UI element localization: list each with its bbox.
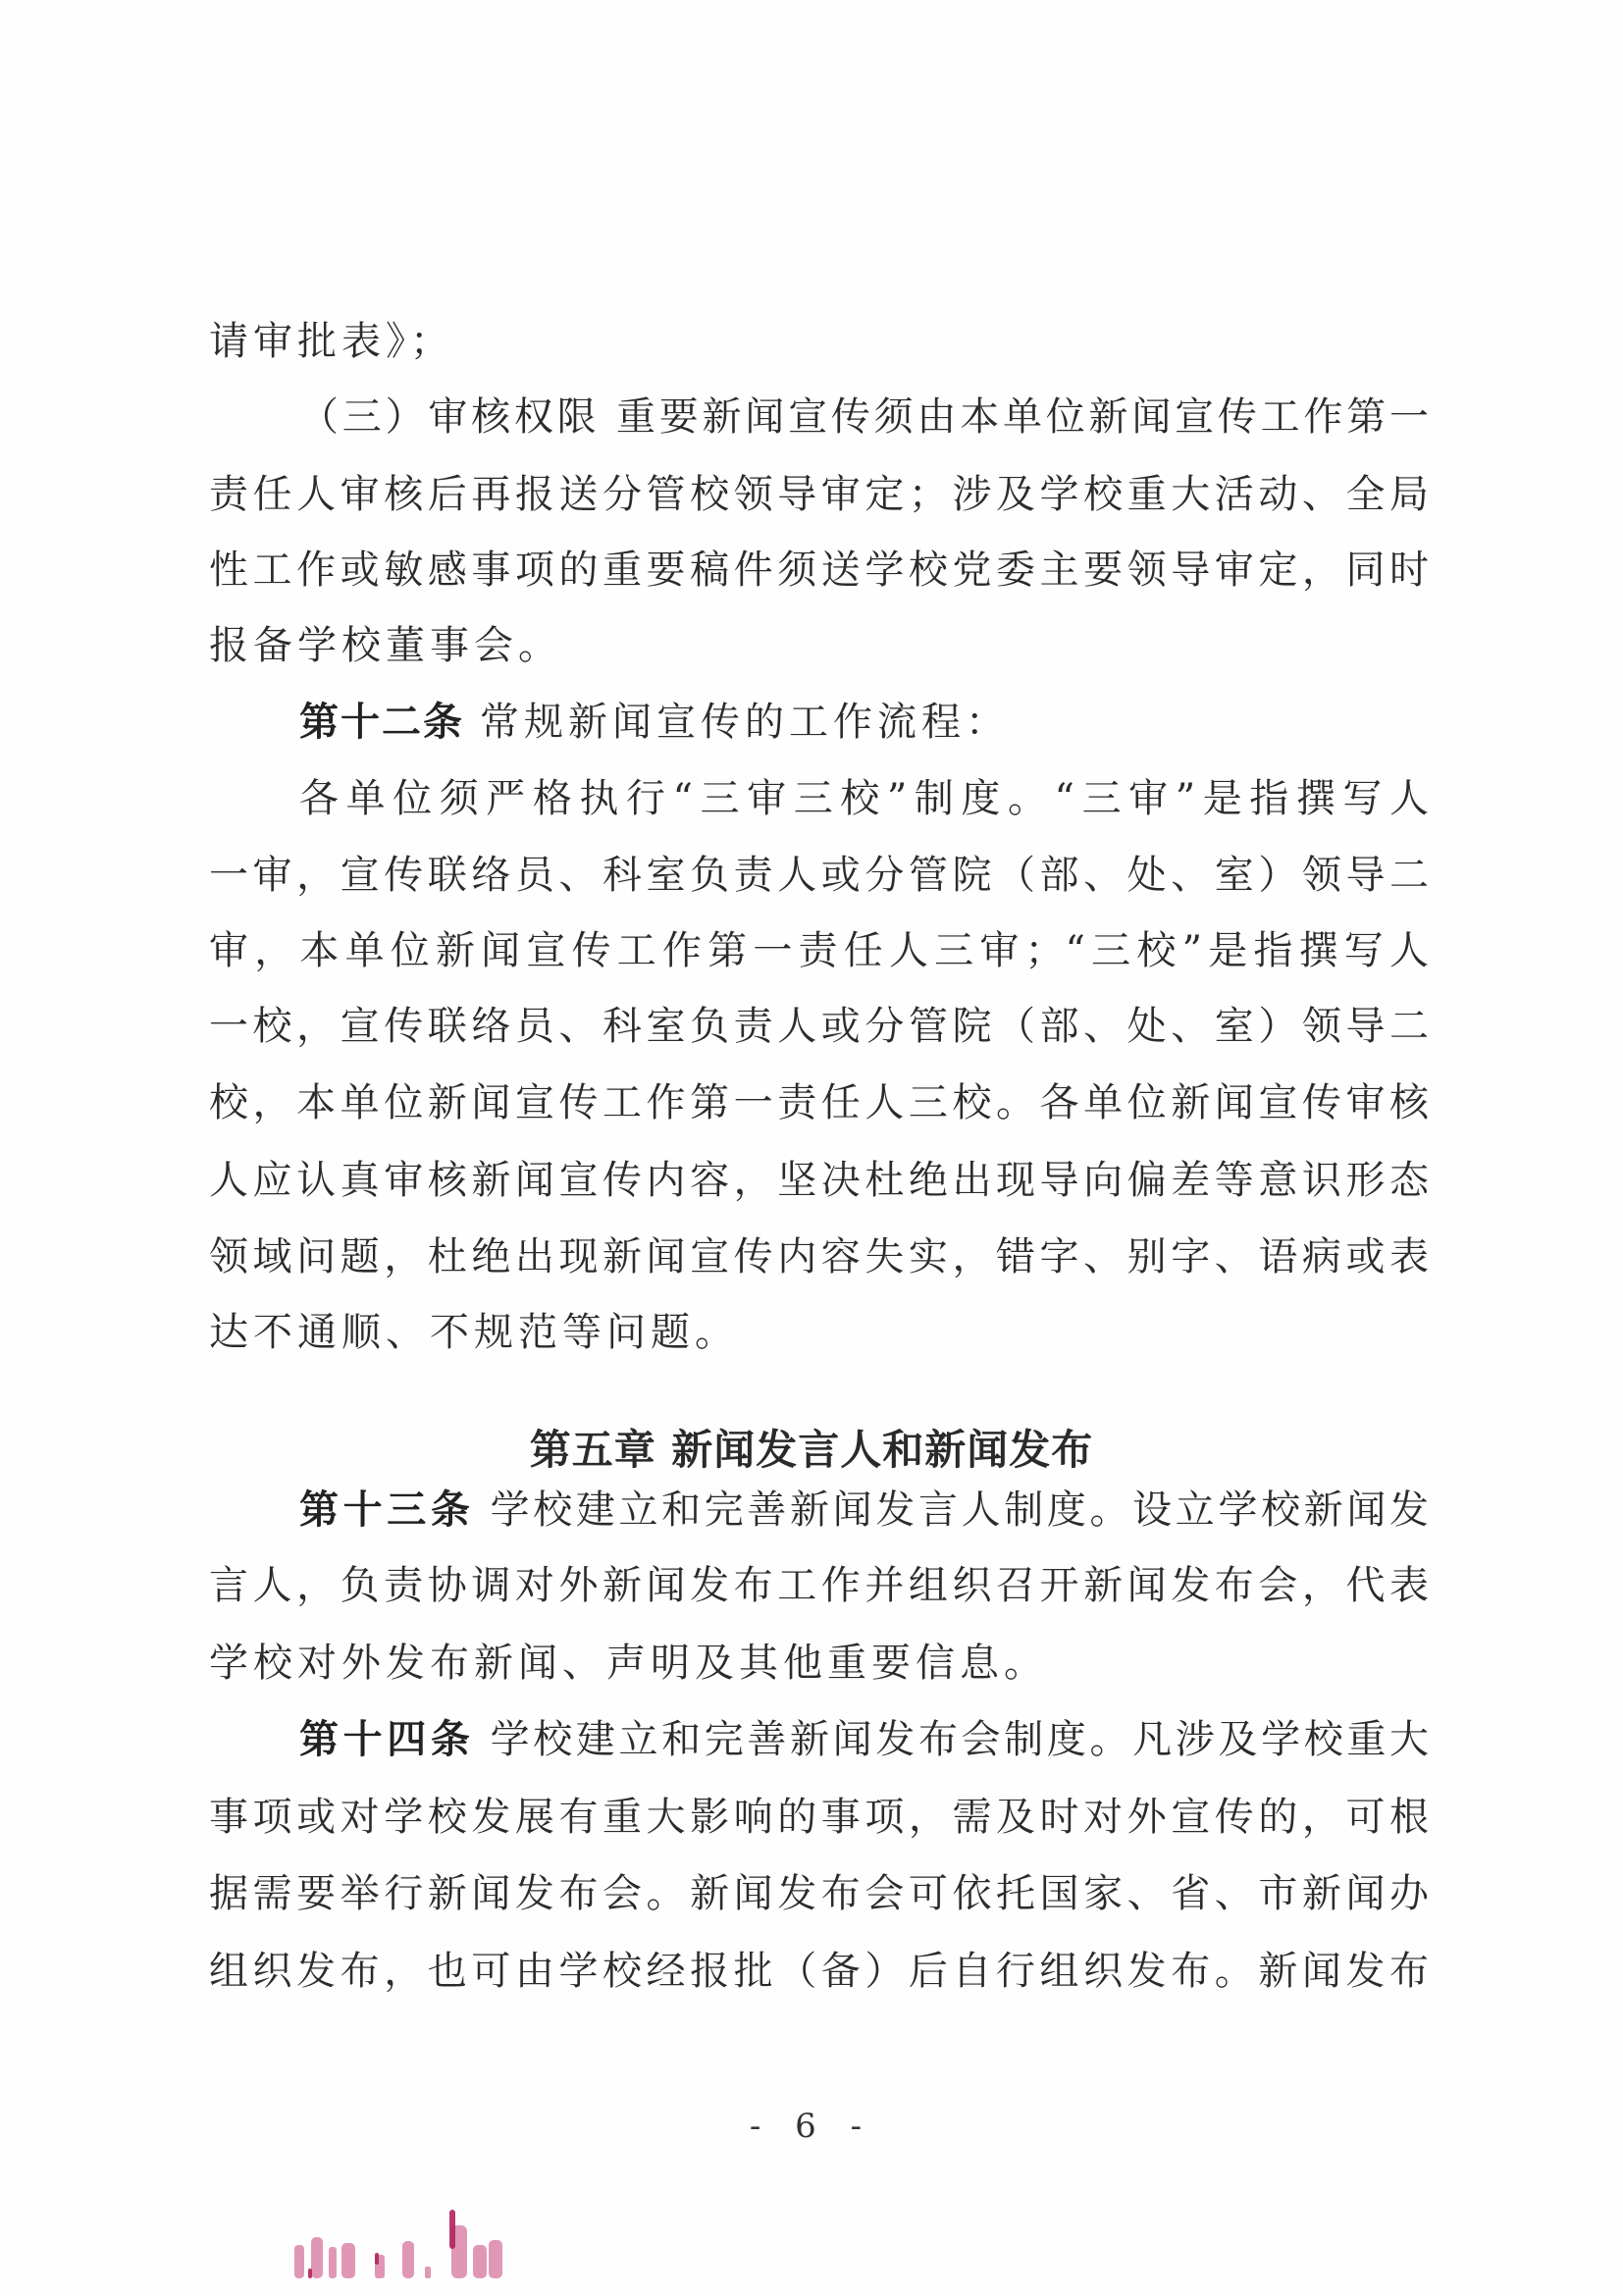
text-line: 报备学校董事会。 [209,618,1430,673]
text-line: 达不通顺、不规范等问题。 [209,1305,1430,1360]
document-page: 请审批表》；（三）审核权限 重要新闻宣传须由本单位新闻宣传工作第一责任人审核后再… [0,0,1623,2296]
text-line: 领域问题，杜绝出现新闻宣传内容失实，错字、别字、语病或表 [209,1229,1430,1284]
line-text: 常规新闻宣传的工作流程： [480,700,1010,745]
article-number: 第十三条 [299,1487,475,1533]
line-text: 校，本单位新闻宣传工作第一责任人三校。各单位新闻宣传审核 [209,1080,1430,1125]
line-text: 性工作或敏感事项的重要稿件须送学校党委主要领导审定，同时 [209,548,1430,593]
line-text: 据需要举行新闻发布会。新闻发布会可依托国家、省、市新闻办 [209,1871,1430,1916]
line-text: 达不通顺、不规范等问题。 [209,1310,739,1355]
line-text: 请审批表》； [209,319,454,364]
line-text: 学校建立和完善新闻发言人制度。设立学校新闻发 [491,1487,1430,1533]
line-text: 事项或对学校发展有重大影响的事项，需及时对外宣传的，可根 [209,1795,1430,1840]
line-text: 一校，宣传联络员、科室负责人或分管院（部、处、室）领导二 [209,1004,1430,1049]
text-line: 第十四条学校建立和完善新闻发布会制度。凡涉及学校重大 [299,1712,1430,1767]
line-text: 各单位须严格执行“三审三校”制度。“三审”是指撰写人 [299,776,1430,821]
line-text: 组织发布，也可由学校经报批（备）后自行组织发布。新闻发布 [209,1949,1430,1994]
text-line: 人应认真审核新闻宣传内容，坚决杜绝出现导向偏差等意识形态 [209,1153,1430,1208]
text-line: 组织发布，也可由学校经报批（备）后自行组织发布。新闻发布 [209,1944,1430,1999]
text-line: 一校，宣传联络员、科室负责人或分管院（部、处、室）领导二 [209,999,1430,1054]
text-line: 言人，负责协调对外新闻发布工作并组织召开新闻发布会，代表 [209,1558,1430,1613]
line-text: 责任人审核后再报送分管校领导审定；涉及学校重大活动、全局 [209,472,1430,517]
text-line: 事项或对学校发展有重大影响的事项，需及时对外宣传的，可根 [209,1790,1430,1845]
line-text: 报备学校董事会。 [209,623,562,668]
text-line: 学校对外发布新闻、声明及其他重要信息。 [209,1636,1430,1691]
article-number: 第十四条 [299,1717,475,1762]
article-number: 第十二条 [299,700,464,745]
line-text: 人应认真审核新闻宣传内容，坚决杜绝出现导向偏差等意识形态 [209,1158,1430,1203]
text-line: 据需要举行新闻发布会。新闻发布会可依托国家、省、市新闻办 [209,1866,1430,1921]
text-line: 性工作或敏感事项的重要稿件须送学校党委主要领导审定，同时 [209,543,1430,598]
text-line: 责任人审核后再报送分管校领导审定；涉及学校重大活动、全局 [209,467,1430,522]
line-text: 言人，负责协调对外新闻发布工作并组织召开新闻发布会，代表 [209,1563,1430,1608]
line-text: 领域问题，杜绝出现新闻宣传内容失实，错字、别字、语病或表 [209,1234,1430,1279]
page-number: - 6 - [0,2105,1623,2148]
text-line: 审，本单位新闻宣传工作第一责任人三审；“三校”是指撰写人 [209,923,1430,978]
text-line: 各单位须严格执行“三审三校”制度。“三审”是指撰写人 [299,771,1430,826]
line-text: 审，本单位新闻宣传工作第一责任人三审；“三校”是指撰写人 [209,928,1430,973]
line-text: 学校对外发布新闻、声明及其他重要信息。 [209,1641,1048,1686]
text-line: 第十三条学校建立和完善新闻发言人制度。设立学校新闻发 [299,1483,1430,1538]
line-text: 一审，宣传联络员、科室负责人或分管院（部、处、室）领导二 [209,853,1430,898]
line-text: （三）审核权限 重要新闻宣传须由本单位新闻宣传工作第一 [299,394,1430,440]
text-line: 校，本单位新闻宣传工作第一责任人三校。各单位新闻宣传审核 [209,1075,1430,1130]
line-text: 学校建立和完善新闻发布会制度。凡涉及学校重大 [491,1717,1430,1762]
seal-stamp-fragment-icon [265,2206,510,2284]
text-line: 第十二条常规新闻宣传的工作流程： [299,695,1430,750]
text-line: （三）审核权限 重要新闻宣传须由本单位新闻宣传工作第一 [299,390,1430,444]
text-line: 请审批表》； [209,314,1430,369]
chapter-heading: 第五章 新闻发言人和新闻发布 [0,1421,1623,1480]
text-line: 一审，宣传联络员、科室负责人或分管院（部、处、室）领导二 [209,848,1430,903]
